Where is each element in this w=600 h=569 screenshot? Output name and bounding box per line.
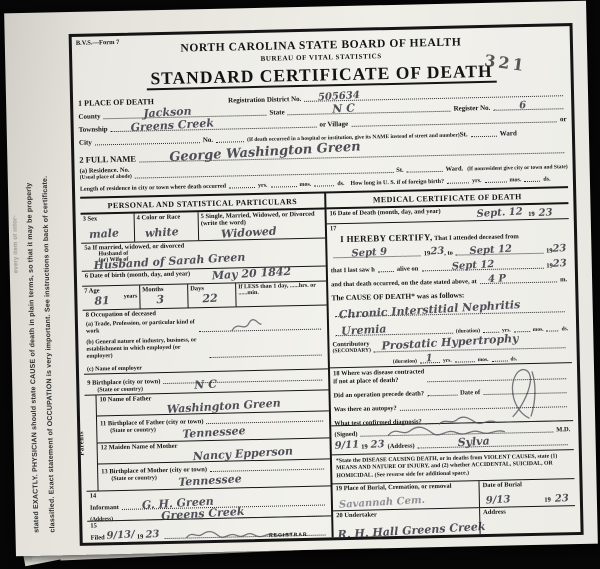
- contributory-mos-field: [455, 354, 475, 363]
- year-printed: 19: [361, 444, 368, 451]
- duration-label: (duration): [393, 359, 417, 366]
- ds-label: ds.: [337, 181, 344, 187]
- physician-address-value: Sylva: [457, 435, 490, 450]
- margin-instruction: every item of infor-: [13, 215, 20, 273]
- certificate-title-text: STANDARD CERTIFICATE OF DEATH: [146, 61, 497, 91]
- ds-label: ds.: [543, 177, 550, 183]
- parents-label: Parents: [78, 431, 86, 456]
- parents-block: Parents 10 Name of Father Washington Gre…: [85, 390, 331, 491]
- state-label: State: [269, 108, 284, 116]
- date-of-birth-label: 6 Date of birth (month, day, and year): [85, 270, 190, 279]
- burial-date-value: 9/13: [486, 494, 511, 506]
- margin-instruction: stated EXACTLY. PHYSICIAN should state C…: [26, 182, 41, 532]
- age-less-note: If LESS than 1 day, ......hrs. or ......…: [238, 282, 324, 296]
- medical-certificate-column: MEDICAL CERTIFICATE OF DEATH 16 Date of …: [326, 188, 575, 537]
- cause-of-death-label: The CAUSE OF DEATH* was as follows:: [331, 288, 567, 302]
- m-label: m.: [560, 276, 567, 283]
- date-of-death-year: 23: [538, 208, 553, 220]
- ward-label: Ward: [500, 129, 517, 137]
- ds-label: ds.: [562, 326, 569, 332]
- death-time-field: 4 P: [480, 274, 558, 285]
- operation-field: [427, 387, 457, 397]
- attended-from-year: 23: [430, 246, 445, 258]
- residence-st-field: [407, 163, 443, 173]
- registration-district-label: Registration District No.: [228, 95, 301, 105]
- date-of-label: Date of: [460, 390, 480, 397]
- years-label: years: [124, 293, 138, 299]
- disease-contracted-label2: if not at place of death?: [333, 376, 424, 385]
- father-bp-value: Tennessee: [182, 424, 246, 441]
- margin-instruction: classified. Exact statement of OCCUPATIO…: [42, 176, 57, 533]
- father-label: 10 Name of Father: [100, 395, 152, 403]
- mos-label: mos.: [509, 177, 521, 183]
- age-less-cell: If LESS than 1 day, ......hrs. or ......…: [236, 281, 326, 306]
- last-saw-field: Sept 12: [421, 260, 543, 272]
- mother-label: 12 Maiden Name of Mother: [101, 443, 178, 452]
- length-residence-label: Length of residence in city or town wher…: [80, 184, 226, 193]
- burial-year-value: 23: [555, 493, 570, 505]
- pencil-mark: [229, 318, 263, 335]
- cause-field: Chronic Interstitial Nephritis: [335, 304, 565, 318]
- filed-label: Filed: [91, 534, 105, 541]
- age-years-value: 81: [94, 294, 110, 308]
- secondary-cause-value: Uremia: [341, 323, 387, 339]
- certify-rest-label: That I attended deceased from: [434, 234, 519, 243]
- township-label: Township: [79, 125, 108, 134]
- burial-place-value: Savannah Cem.: [339, 495, 426, 511]
- attended-to-value: Sept 12: [470, 244, 513, 257]
- age-months-cell: Months 3: [140, 284, 188, 308]
- physician-address-field: Sylva: [417, 437, 567, 449]
- race-value: white: [145, 225, 179, 240]
- death-time-value: 4 P: [487, 273, 506, 285]
- year-printed: 19: [424, 250, 431, 257]
- length-ds-field: [314, 177, 334, 186]
- last-saw-year: 23: [553, 258, 568, 270]
- state-field: N C: [288, 103, 451, 116]
- state-or-country-label: (State or country): [111, 475, 157, 482]
- sex-value: male: [89, 226, 120, 241]
- informant-label: Informant: [90, 504, 119, 512]
- undertaker-label: 20 Undertaker: [336, 511, 377, 519]
- filed-cell: 15 Filed 9/13/ 19 23 REGISTRAR: [87, 516, 331, 542]
- attended-to-field: Sept 12: [456, 245, 543, 256]
- race-cell: 4 Color or Race white: [135, 212, 200, 241]
- length-mos-field: [270, 178, 296, 188]
- register-no-value: 6: [519, 100, 527, 111]
- mos-label: mos.: [299, 182, 311, 188]
- age-label: 7 Age: [84, 287, 100, 294]
- yrs-label: yrs.: [472, 178, 482, 184]
- attended-from-value: Sept 9: [351, 247, 387, 260]
- city-field: [95, 134, 200, 145]
- year-printed: 19: [544, 497, 551, 504]
- father-bp-label: 11 Birthplace of Father (city or town): [100, 418, 204, 427]
- nonresident-note: (If nonresident give city or town and St…: [467, 164, 568, 172]
- signed-label: (Signed): [334, 431, 357, 439]
- foreign-birth-label: How long in U. S. if of foreign birth?: [350, 179, 444, 187]
- birthplace-field: [163, 371, 322, 383]
- operation-date-field: [483, 385, 567, 396]
- burial-block: 19 Place of Burial, Cremation, or remova…: [332, 479, 575, 537]
- contributory-duration-value: 1: [426, 353, 434, 364]
- residence-ward-label: Ward.: [446, 166, 464, 173]
- county-label: County: [78, 112, 100, 120]
- street-no-label: No.: [203, 136, 213, 144]
- register-no-label: Register No.: [453, 104, 490, 113]
- registrar-label: REGISTRAR: [269, 532, 308, 539]
- filed-year-value: 23: [145, 529, 160, 541]
- certify-bold-label: I HEREBY CERTIFY,: [340, 232, 433, 244]
- mother-bp-field: [210, 461, 324, 472]
- alive-on-label: alive on: [397, 266, 419, 273]
- state-or-country-label: (State or country): [97, 386, 143, 393]
- occupation-a-field: [199, 321, 321, 333]
- city-label: City: [79, 139, 92, 147]
- yrs-label: yrs.: [443, 358, 452, 364]
- contributory-ds-field: [491, 353, 507, 362]
- occupation-a-label: (a) Trade, Profession, or particular kin…: [86, 319, 196, 336]
- ds-label: ds.: [510, 357, 517, 363]
- marital-cell: 5 Single, Married, Widowed, or Divorced …: [199, 210, 326, 241]
- attended-from-field: Sept 9: [333, 248, 420, 259]
- sex-cell: 3 Sex male: [81, 214, 136, 243]
- st-field: [471, 128, 497, 138]
- disease-questions-cell: 18 Where was disease contracted if not a…: [330, 364, 573, 427]
- state-value: N C: [332, 101, 355, 115]
- father-bp-field: [206, 413, 323, 425]
- marital-value: Widowed: [221, 225, 277, 241]
- foreign-yrs-field: [447, 175, 469, 184]
- contributory-duration-field: 1: [420, 354, 440, 363]
- age-days-value: 22: [202, 291, 218, 305]
- length-yrs-field: [229, 179, 255, 189]
- birthplace-value: N C: [194, 377, 217, 391]
- duration-ds-field: [546, 323, 558, 332]
- sign-date-value: 9/11: [334, 440, 359, 452]
- mos-label: mos.: [478, 357, 489, 363]
- filed-date-value: 9/13/: [106, 529, 135, 542]
- undertaker-address-label: Address: [483, 507, 572, 516]
- year-printed: 19: [528, 211, 535, 218]
- burial-place-label: 19 Place of Burial, Cremation, or remova…: [336, 483, 452, 493]
- autopsy-label: Was there an autopsy?: [334, 405, 397, 413]
- secondary-label: (SECONDARY): [333, 348, 371, 355]
- age-months-value: 3: [156, 293, 164, 306]
- year-printed: 19: [137, 533, 144, 540]
- st-label: St.: [460, 130, 468, 138]
- disease-contracted-field: [427, 371, 566, 383]
- race-label: 4 Color or Race: [137, 213, 196, 221]
- residence-st-label: St.: [396, 167, 404, 174]
- occupation-b-label: (b) General nature of industry, business…: [86, 337, 206, 361]
- age-cell: 7 Age years 81: [82, 285, 140, 309]
- street-no-field: [216, 133, 244, 143]
- burial-place-cell: 19 Place of Burial, Cremation, or remova…: [332, 481, 479, 510]
- foreign-ds-field: [524, 173, 540, 182]
- secondary-cause-field: Uremia: [335, 325, 453, 337]
- death-certificate-scan: { "margin_notes": { "line0": "every item…: [0, 0, 600, 569]
- contributory-field: Prostatic Hypertrophy: [374, 340, 566, 353]
- foreign-mos-field: [484, 174, 506, 183]
- mother-birthplace-cell: 13 Birthplace of Mother (city or town) (…: [98, 459, 331, 490]
- operation-label: Did an operation precede death?: [333, 391, 424, 400]
- or-village-label: or Village: [319, 120, 348, 129]
- him-her-field: [378, 263, 394, 272]
- sign-year-value: 23: [370, 439, 385, 451]
- abode-note: (Usual place of abode): [80, 174, 132, 181]
- or-label: or: [560, 115, 567, 123]
- death-occurred-label: and that death occurred, on the date sta…: [331, 278, 477, 288]
- occupation-b-field: [210, 346, 322, 357]
- last-saw-label: that I last saw h: [331, 267, 375, 275]
- township-field: Greens Creek: [111, 119, 317, 132]
- date-of-death-value: Sept. 12: [476, 207, 523, 221]
- occupation-cell: 8 Occupation of deceased (a) Trade, Prof…: [83, 305, 328, 374]
- sex-label: 3 Sex: [83, 215, 132, 223]
- burial-date-label: Date of Burial: [482, 480, 571, 489]
- certificate-form: B.V.S.—Form 7 321 NORTH CAROLINA STATE B…: [69, 23, 584, 546]
- last-saw-value: Sept 12: [451, 259, 494, 272]
- birthplace-label: 9 Birthplace (city or town): [87, 378, 160, 387]
- yrs-label: yrs.: [258, 183, 268, 189]
- certificate-paper: every item of infor- stated EXACTLY. PHY…: [4, 1, 598, 557]
- undertaker-address-cell: Address: [479, 506, 576, 534]
- register-no-field: 6: [493, 100, 563, 111]
- attended-to-year: 23: [552, 243, 567, 255]
- age-days-cell: Days 22: [188, 283, 236, 307]
- date-of-death-label: 16 Date of Death (month, day, and year): [330, 208, 441, 217]
- personal-particulars-column: PERSONAL AND STATISTICAL PARTICULARS 3 S…: [80, 194, 333, 543]
- address-label: (Address): [388, 443, 415, 451]
- mos-label: mos.: [533, 327, 544, 333]
- mother-bp-label: 13 Birthplace of Mother (city or town): [101, 466, 207, 475]
- undertaker-cell: 20 Undertaker R. H. Hall Greens Creek: [333, 508, 480, 537]
- full-name-label: 2 FULL NAME: [79, 154, 136, 165]
- form-number: B.V.S.—Form 7: [76, 39, 120, 47]
- to-label: , to: [444, 250, 453, 257]
- certification-cell: 17 I HEREBY CERTIFY, That I attended dec…: [327, 219, 572, 368]
- duration-yrs-field: [483, 324, 499, 333]
- state-or-country-label: (State or country): [110, 427, 156, 434]
- md-label: M.D.: [556, 427, 570, 434]
- village-field: [351, 113, 557, 126]
- burial-date-cell: Date of Burial 9/13 19 23: [478, 479, 575, 507]
- mother-bp-value: Tennessee: [178, 472, 242, 489]
